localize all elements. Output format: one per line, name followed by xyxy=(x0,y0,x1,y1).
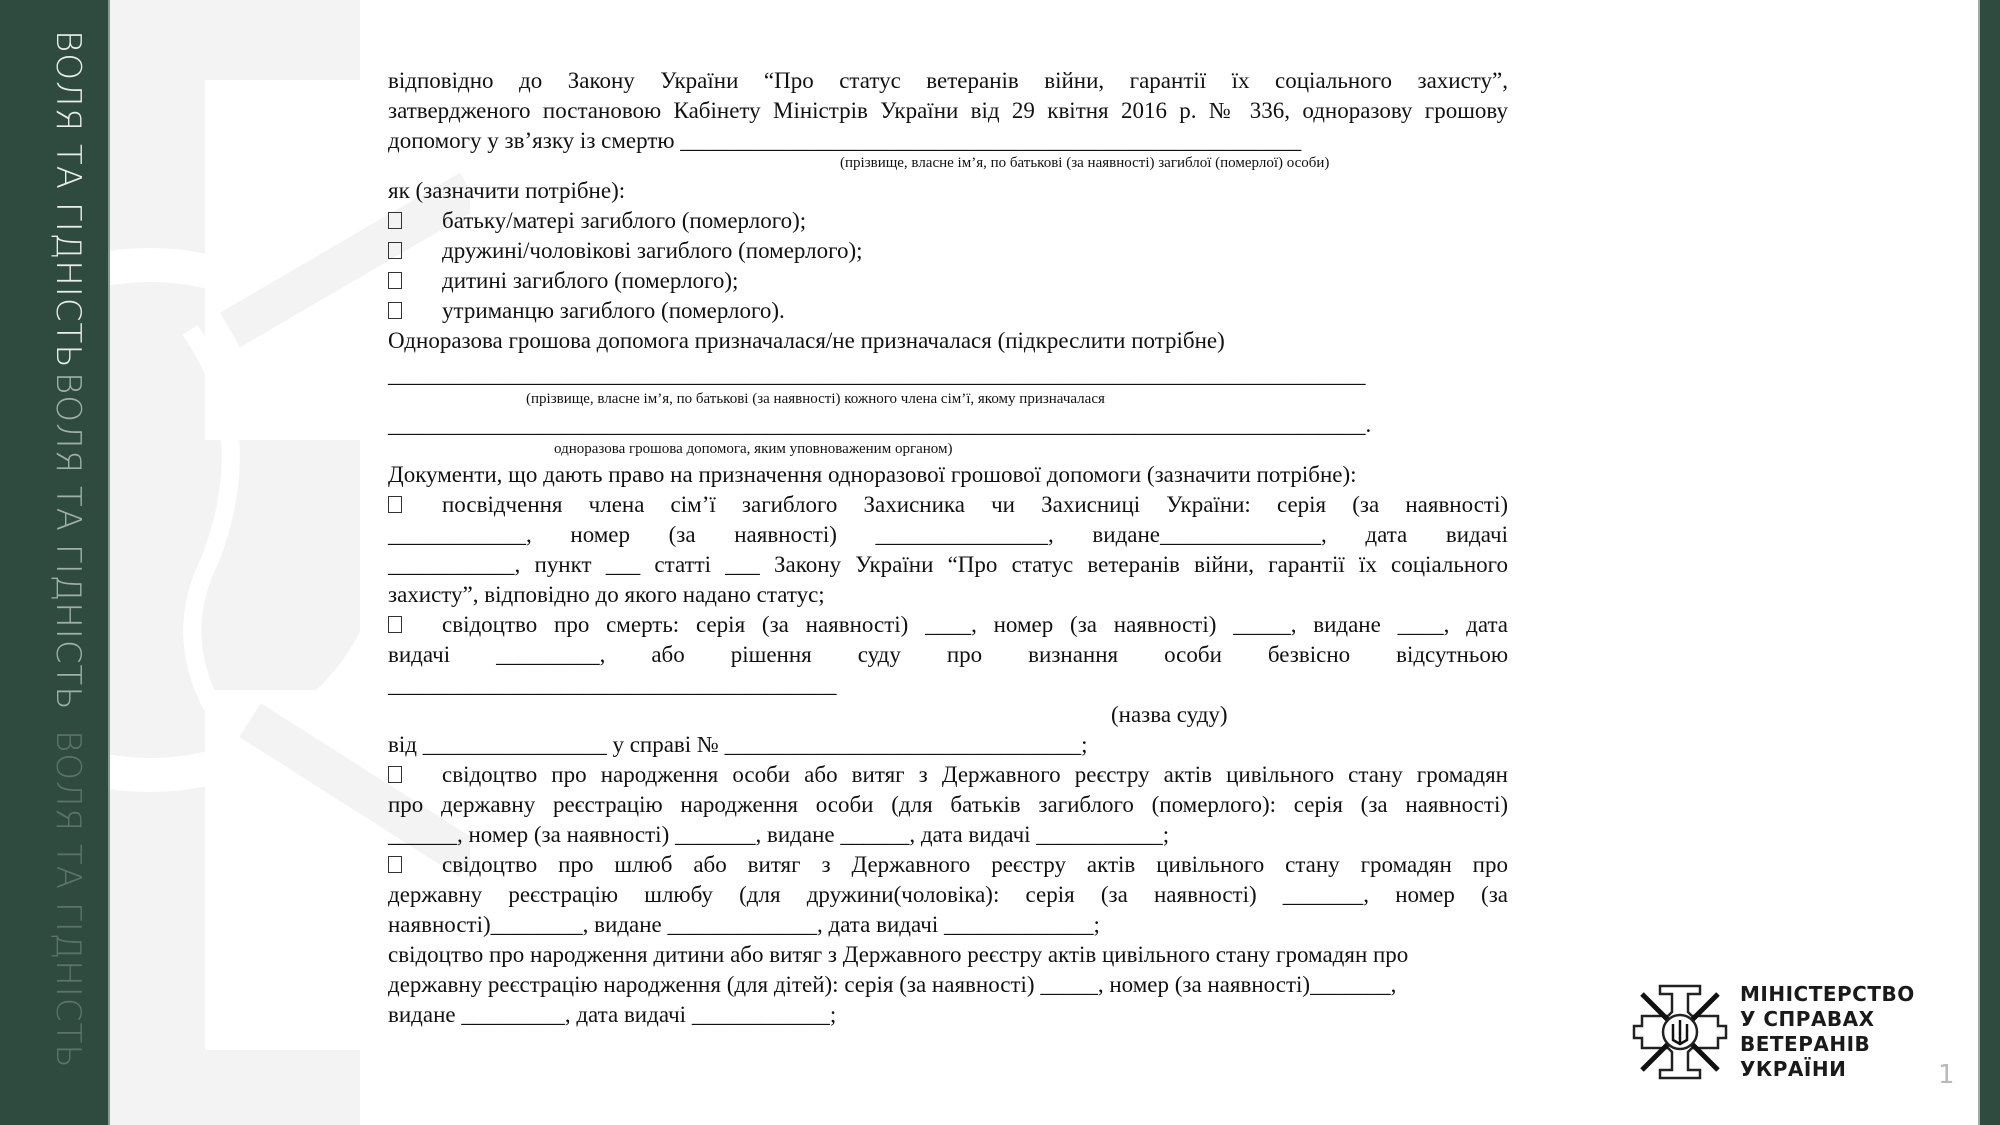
left-sidebar-band: ВОЛЯ ТА ГІДНІСТЬ ВОЛЯ ТА ГІДНІСТЬ ВОЛЯ Т… xyxy=(0,0,111,1125)
slogan-1: ВОЛЯ ТА ГІДНІСТЬ xyxy=(48,30,88,369)
doc-option[interactable]: свідоцтво про смерть: серія (за наявност… xyxy=(388,610,1508,640)
recipient-option[interactable]: батьку/матері загиблого (померлого); xyxy=(388,206,1508,236)
paragraph-line: відповідно до Закону України “Про статус… xyxy=(388,66,1508,96)
recipient-option[interactable]: утриманцю загиблого (померлого). xyxy=(388,296,1508,326)
checkbox[interactable] xyxy=(388,242,402,259)
checkbox[interactable] xyxy=(388,302,402,319)
doc-line: наявності)________, видане _____________… xyxy=(388,910,1508,940)
documents-label: Документи, що дають право на призначення… xyxy=(388,460,1508,490)
field-caption: одноразова грошова допомога, яким уповно… xyxy=(388,440,1508,458)
ministry-logo: МІНІСТЕРСТВО У СПРАВАХ ВЕТЕРАНІВ УКРАЇНИ xyxy=(1630,982,1930,1088)
family-member-field[interactable]: ________________________________________… xyxy=(388,360,1508,390)
slogan-3: ВОЛЯ ТА ГІДНІСТЬ xyxy=(48,730,88,1069)
checkbox[interactable] xyxy=(388,212,402,229)
death-person-field[interactable]: допомогу у зв’язку із смертю ___________… xyxy=(388,126,1508,156)
doc-line: захисту”, відповідно до якого надано ста… xyxy=(388,580,1508,610)
doc-line: ____________, номер (за наявності) _____… xyxy=(388,520,1508,550)
recipient-option[interactable]: дружині/чоловікові загиблого (померлого)… xyxy=(388,236,1508,266)
ministry-emblem-icon xyxy=(1630,982,1730,1082)
doc-line: видане _________, дата видачі __________… xyxy=(388,1000,1508,1030)
court-name-field[interactable]: _______________________________________ xyxy=(388,670,1508,700)
checkbox[interactable] xyxy=(388,616,402,633)
doc-line: про державну реєстрацію народження особи… xyxy=(388,790,1508,820)
page-number: 1 xyxy=(1938,1060,1955,1090)
as-label: як (зазначити потрібне): xyxy=(388,176,1508,206)
checkbox[interactable] xyxy=(388,766,402,783)
doc-line: видачі _________, або рішення суду про в… xyxy=(388,640,1508,670)
assigned-label: Одноразова грошова допомога призначалася… xyxy=(388,326,1508,356)
checkbox[interactable] xyxy=(388,496,402,513)
recipient-option[interactable]: дитині загиблого (померлого); xyxy=(388,266,1508,296)
doc-option[interactable]: свідоцтво про народження особи або витяг… xyxy=(388,760,1508,790)
field-caption: (прізвище, власне ім’я, по батькові (за … xyxy=(388,154,1508,172)
checkbox[interactable] xyxy=(388,272,402,289)
field-caption: (назва суду) xyxy=(388,700,1508,730)
doc-line: свідоцтво про народження дитини або витя… xyxy=(388,940,1508,970)
authority-field[interactable]: ________________________________________… xyxy=(388,410,1508,440)
doc-line: державну реєстрацію народження (для діте… xyxy=(388,970,1508,1000)
doc-option[interactable]: свідоцтво про шлюб або витяг з Державног… xyxy=(388,850,1508,880)
slogan-2: ВОЛЯ ТА ГІДНІСТЬ xyxy=(48,372,88,711)
doc-line: ______, номер (за наявності) _______, ви… xyxy=(388,820,1508,850)
document-body: відповідно до Закону України “Про статус… xyxy=(388,66,1508,1030)
checkbox[interactable] xyxy=(388,856,402,873)
doc-option[interactable]: посвідчення члена сім’ї загиблого Захисн… xyxy=(388,490,1508,520)
paragraph-line: затвердженого постановою Кабінету Мініст… xyxy=(388,96,1508,126)
ministry-name: МІНІСТЕРСТВО У СПРАВАХ ВЕТЕРАНІВ УКРАЇНИ xyxy=(1740,982,1915,1082)
case-line[interactable]: від ________________ у справі № ________… xyxy=(388,730,1508,760)
field-caption: (прізвище, власне ім’я, по батькові (за … xyxy=(388,390,1508,408)
right-edge-band xyxy=(1978,0,2000,1125)
doc-line: державну реєстрацію шлюбу (для дружини(ч… xyxy=(388,880,1508,910)
doc-line: ___________, пункт ___ статті ___ Закону… xyxy=(388,550,1508,580)
